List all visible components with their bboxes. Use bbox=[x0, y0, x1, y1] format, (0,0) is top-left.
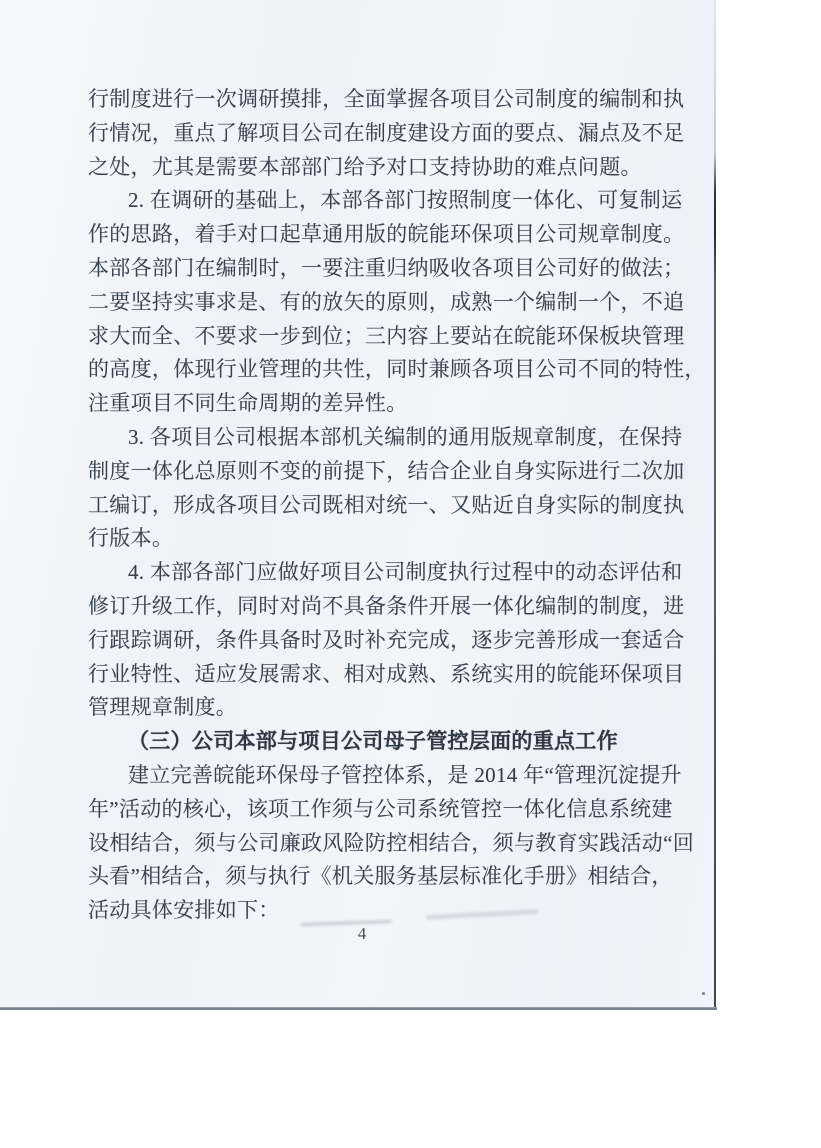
document-page: 行制度进行一次调研摸排，全面掌握各项目公司制度的编制和执行情况，重点了解项目公司… bbox=[0, 0, 716, 1010]
text-line: 二要坚持实事求是、有的放矢的原则，成熟一个编制一个，不追 bbox=[88, 286, 673, 320]
text-line: 建立完善皖能环保母子管控体系，是 2014 年“管理沉淀提升 bbox=[88, 759, 673, 793]
page-bottom-edge bbox=[0, 1007, 717, 1010]
text-line: 2. 在调研的基础上，本部各部门按照制度一体化、可复制运 bbox=[88, 184, 673, 218]
text-line: 头看”相结合，须与执行《机关服务基层标准化手册》相结合， bbox=[88, 860, 673, 894]
scan-canvas: 行制度进行一次调研摸排，全面掌握各项目公司制度的编制和执行情况，重点了解项目公司… bbox=[0, 0, 821, 1148]
text-line: 修订升级工作，同时对尚不具备条件开展一体化编制的制度，进 bbox=[88, 590, 673, 624]
text-line: 作的思路，着手对口起草通用版的皖能环保项目公司规章制度。 bbox=[88, 218, 673, 252]
text-line: 工编订，形成各项目公司既相对统一、又贴近自身实际的制度执 bbox=[88, 489, 673, 523]
text-line: 行跟踪调研，条件具备时及时补充完成，逐步完善形成一套适合 bbox=[88, 624, 673, 658]
text-line: 行版本。 bbox=[88, 522, 673, 556]
text-line: 的高度，体现行业管理的共性，同时兼顾各项目公司不同的特性， bbox=[88, 353, 673, 387]
scan-speck bbox=[702, 992, 705, 995]
text-line: 设相结合，须与公司廉政风险防控相结合，须与教育实践活动“回 bbox=[88, 827, 673, 861]
text-line: 求大而全、不要求一步到位；三内容上要站在皖能环保板块管理 bbox=[88, 320, 673, 354]
text-line: 制度一体化总原则不变的前提下，结合企业自身实际进行二次加 bbox=[88, 455, 673, 489]
text-line: 行制度进行一次调研摸排，全面掌握各项目公司制度的编制和执 bbox=[88, 83, 673, 117]
text-line: 注重项目不同生命周期的差异性。 bbox=[88, 387, 673, 421]
text-line: 管理规章制度。 bbox=[88, 691, 673, 725]
document-body-text: 行制度进行一次调研摸排，全面掌握各项目公司制度的编制和执行情况，重点了解项目公司… bbox=[88, 83, 673, 928]
section-heading: （三）公司本部与项目公司母子管控层面的重点工作 bbox=[88, 725, 673, 759]
text-line: 本部各部门在编制时，一要注重归纳吸收各项目公司好的做法； bbox=[88, 252, 673, 286]
text-line: 3. 各项目公司根据本部机关编制的通用版规章制度，在保持 bbox=[88, 421, 673, 455]
text-line: 4. 本部各部门应做好项目公司制度执行过程中的动态评估和 bbox=[88, 556, 673, 590]
page-number: 4 bbox=[340, 924, 384, 944]
text-line: 年”活动的核心，该项工作须与公司系统管控一体化信息系统建 bbox=[88, 793, 673, 827]
text-line: 行业特性、适应发展需求、相对成熟、系统实用的皖能环保项目 bbox=[88, 658, 673, 692]
text-line: 行情况，重点了解项目公司在制度建设方面的要点、漏点及不足 bbox=[88, 117, 673, 151]
text-line: 之处，尤其是需要本部部门给予对口支持协助的难点问题。 bbox=[88, 151, 673, 185]
page-right-edge bbox=[714, 0, 716, 1010]
